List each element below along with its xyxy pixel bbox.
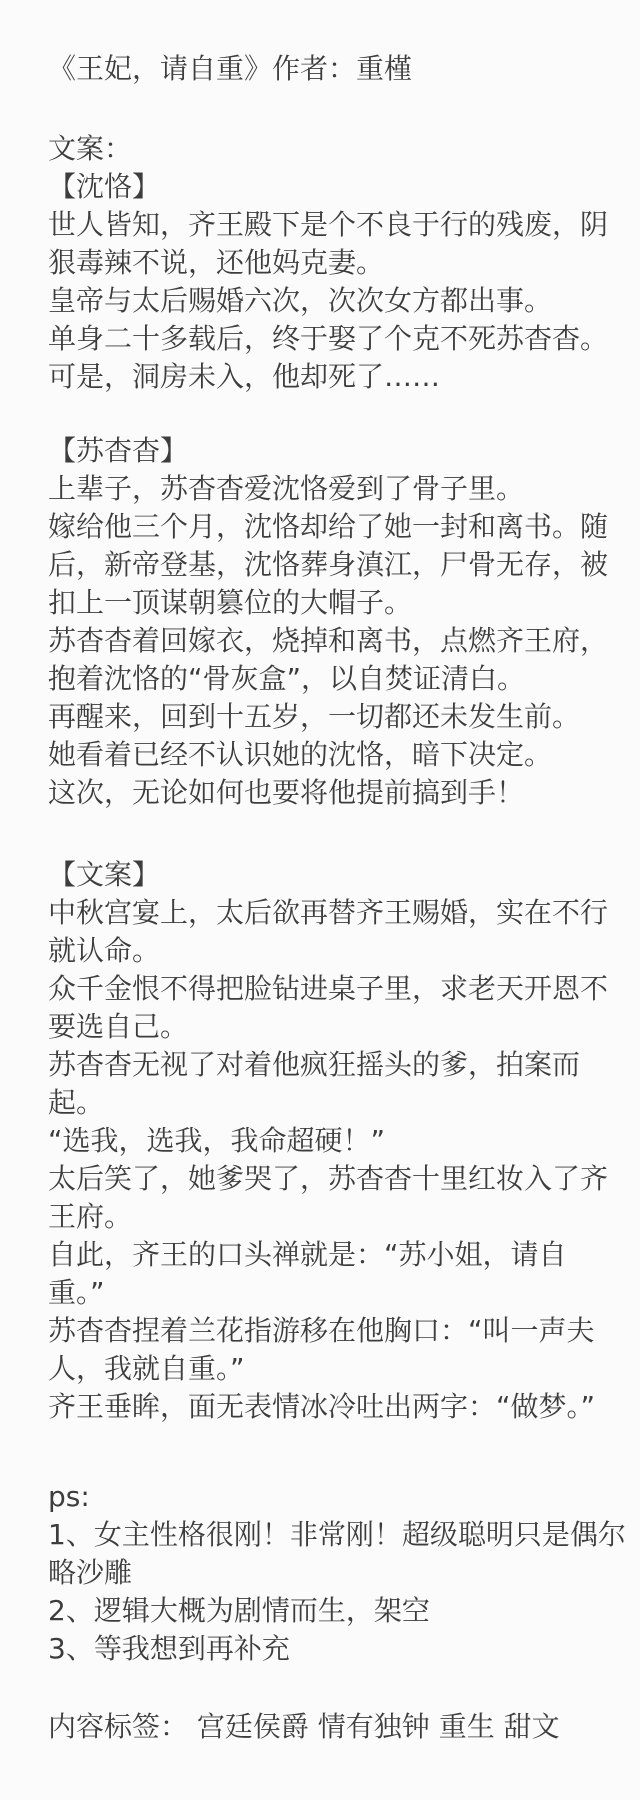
text-line: 起。 (48, 1084, 604, 1122)
text-line: “选我，选我，我命超硬！” (48, 1122, 604, 1160)
text-line: 再醒来，回到十五岁，一切都还未发生前。 (48, 698, 604, 736)
text-line: 抱着沈恪的“骨灰盒”，以自焚证清白。 (48, 660, 604, 698)
character-heading-su-yao-yao: 【苏杳杳】 (48, 432, 604, 470)
section-ps-notes: ps: 1、女主性格很刚！非常刚！超级聪明只是偶尔 略沙雕 2、逻辑大概为剧情而… (48, 1478, 604, 1668)
text-line: 世人皆知，齐王殿下是个不良于行的残废，阴 (48, 206, 604, 244)
text-line: 中秋宫宴上，太后欲再替齐王赐婚，实在不行 (48, 894, 604, 932)
section-wen-an: 【文案】 中秋宫宴上，太后欲再替齐王赐婚，实在不行 就认命。 众千金恨不得把脸钻… (48, 856, 604, 1426)
text-line: 众千金恨不得把脸钻进桌子里，求老天开恩不 (48, 970, 604, 1008)
content-tags: 内容标签： 宫廷侯爵 情有独钟 重生 甜文 (48, 1708, 604, 1746)
text-line: 人，我就自重。” (48, 1350, 604, 1388)
section-content-tags: 内容标签： 宫廷侯爵 情有独钟 重生 甜文 (48, 1708, 604, 1746)
text-line: 后，新帝登基，沈恪葬身滇江，尸骨无存，被 (48, 546, 604, 584)
text-line: 狠毒辣不说，还他妈克妻。 (48, 244, 604, 282)
text-line: 苏杳杳捏着兰花指游移在他胸口：“叫一声夫 (48, 1312, 604, 1350)
section-su-yao-yao: 【苏杳杳】 上辈子，苏杳杳爱沈恪爱到了骨子里。 嫁给他三个月，沈恪却给了她一封和… (48, 432, 604, 812)
ps-item-2: 2、逻辑大概为剧情而生，架空 (48, 1592, 604, 1630)
text-line: 太后笑了，她爹哭了，苏杳杳十里红妆入了齐 (48, 1160, 604, 1198)
section-shen-ke: 文案： 【沈恪】 世人皆知，齐王殿下是个不良于行的残废，阴 狠毒辣不说，还他妈克… (48, 130, 604, 396)
title-block: 《王妃，请自重》作者：重槿 (48, 50, 604, 88)
text-line: 王府。 (48, 1198, 604, 1236)
text-line: 这次，无论如何也要将他提前搞到手！ (48, 774, 604, 812)
text-line: 就认命。 (48, 932, 604, 970)
text-line: 嫁给他三个月，沈恪却给了她一封和离书。随 (48, 508, 604, 546)
ps-item-1: 1、女主性格很刚！非常刚！超级聪明只是偶尔 (48, 1516, 604, 1554)
section-heading-wen-an: 【文案】 (48, 856, 604, 894)
text-line: 重。” (48, 1274, 604, 1312)
text-line: 单身二十多载后，终于娶了个克不死苏杳杳。 (48, 320, 604, 358)
ps-item-1-cont: 略沙雕 (48, 1554, 604, 1592)
ps-label: ps: (48, 1478, 604, 1516)
character-heading-shen-ke: 【沈恪】 (48, 168, 604, 206)
text-line: 上辈子，苏杳杳爱沈恪爱到了骨子里。 (48, 470, 604, 508)
ps-item-3: 3、等我想到再补充 (48, 1630, 604, 1668)
text-line: 自此，齐王的口头禅就是：“苏小姐，请自 (48, 1236, 604, 1274)
text-line: 要选自己。 (48, 1008, 604, 1046)
text-line: 苏杳杳无视了对着他疯狂摇头的爹，拍案而 (48, 1046, 604, 1084)
novel-synopsis-page: 《王妃，请自重》作者：重槿 文案： 【沈恪】 世人皆知，齐王殿下是个不良于行的残… (0, 0, 640, 1800)
text-line: 她看着已经不认识她的沈恪，暗下决定。 (48, 736, 604, 774)
synopsis-label: 文案： (48, 130, 604, 168)
text-line: 苏杳杳着回嫁衣，烧掉和离书，点燃齐王府， (48, 622, 604, 660)
text-line: 扣上一顶谋朝篡位的大帽子。 (48, 584, 604, 622)
text-line: 皇帝与太后赐婚六次，次次女方都出事。 (48, 282, 604, 320)
text-line: 可是，洞房未入，他却死了…… (48, 358, 604, 396)
book-title: 《王妃，请自重》作者：重槿 (48, 50, 604, 88)
text-line: 齐王垂眸，面无表情冰冷吐出两字：“做梦。” (48, 1388, 604, 1426)
